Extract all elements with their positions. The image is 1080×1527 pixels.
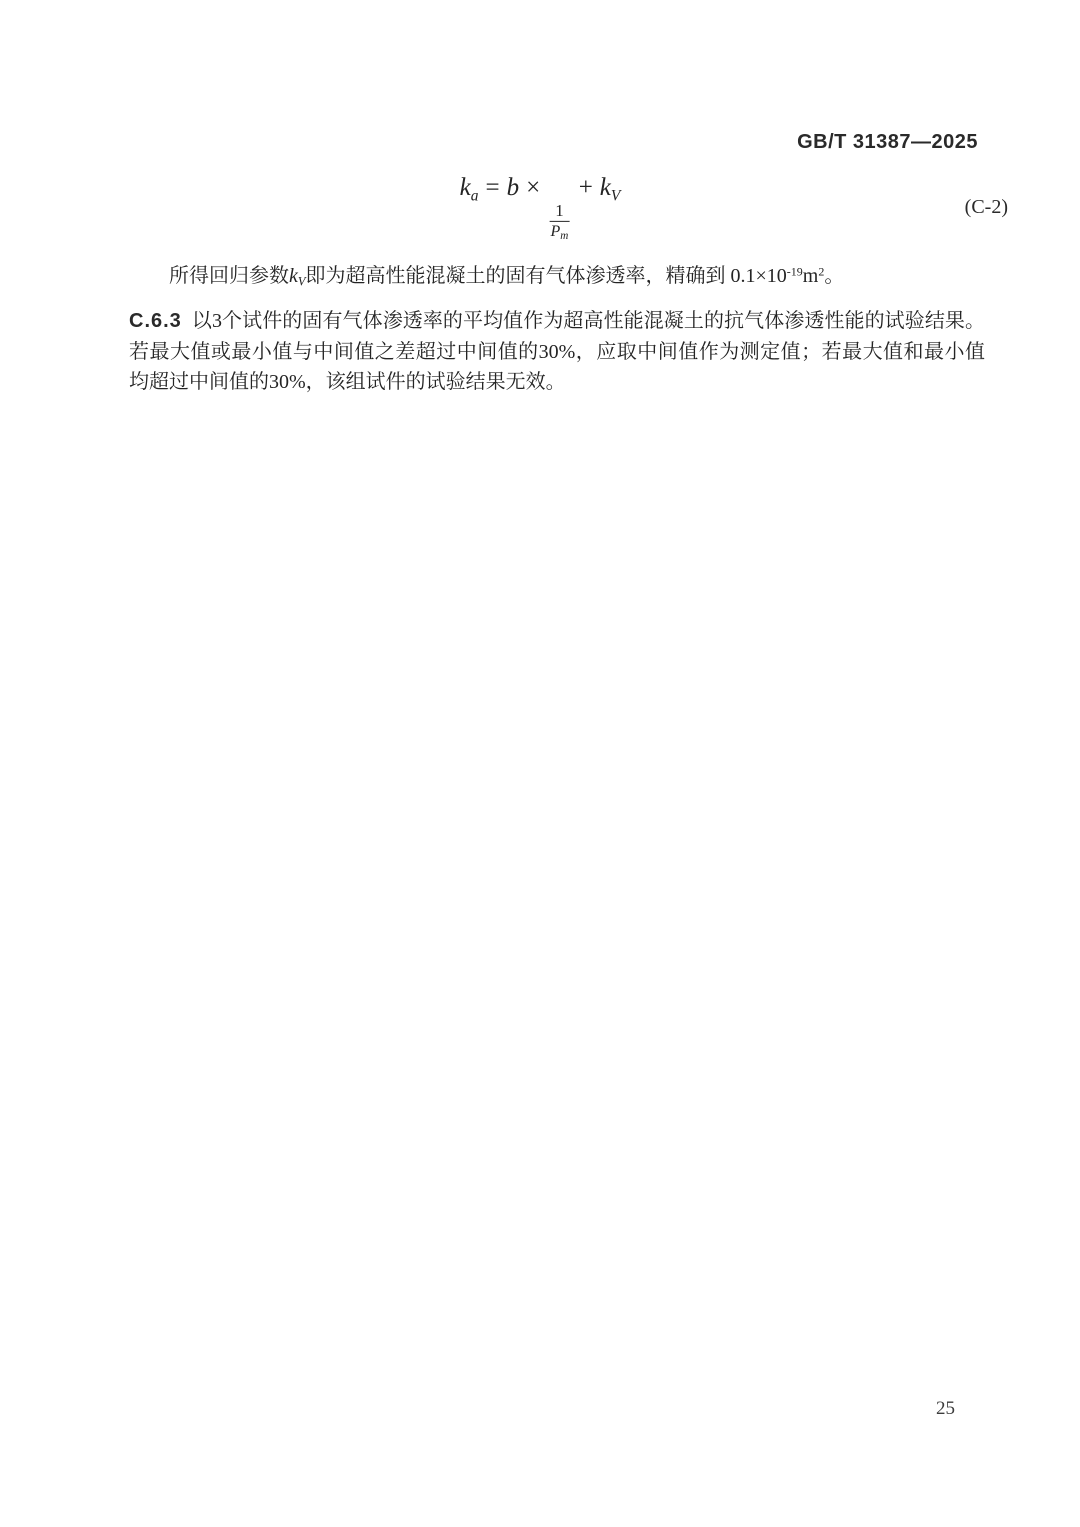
paragraph-kv-prefix: 所得回归参数 (169, 265, 289, 287)
section-c63-body: 以3个试件的固有气体渗透率的平均值作为超高性能混凝土的抗气体渗透性能的试验结果。… (129, 310, 985, 393)
clause-number-c63: C.6.3 (129, 310, 182, 332)
formula-b: b (507, 174, 520, 201)
fraction-numerator: 1 (549, 202, 570, 222)
formula-k-subscript: a (471, 187, 479, 204)
paragraph-kv-suffix: 。 (824, 265, 844, 287)
paragraph-kv-unit-base: m (803, 265, 819, 287)
equation-number-label: (C-2) (965, 196, 1008, 219)
fraction-denominator: Pm (551, 222, 569, 240)
formula-row: ka=b×1Pm+kV (C-2) (0, 176, 1080, 238)
formula-fraction: 1Pm (549, 202, 570, 240)
document-page: GB/T 31387—2025 ka=b×1Pm+kV (C-2) 所得回归参数… (0, 0, 1080, 1527)
formula-kv-subscript: V (611, 187, 620, 204)
plus-sign: + (572, 174, 600, 201)
section-c63-paragraph: C.6.3以3个试件的固有气体渗透率的平均值作为超高性能混凝土的抗气体渗透性能的… (129, 306, 985, 398)
paragraph-kv-k-base: k (289, 265, 298, 287)
equals-sign: = (478, 174, 506, 201)
page-number: 25 (936, 1398, 955, 1420)
formula-kv-base: k (600, 174, 611, 201)
formula-c2: ka=b×1Pm+kV (460, 174, 621, 240)
denominator-subscript: m (560, 230, 568, 242)
paragraph-kv-definition: 所得回归参数kV即为超高性能混凝土的固有气体渗透率，精确到 0.1×10-19m… (129, 261, 989, 291)
denominator-base: P (551, 223, 561, 240)
paragraph-kv-middle: 即为超高性能混凝土的固有气体渗透率，精确到 0.1×10 (305, 265, 786, 287)
formula-k-base: k (460, 174, 471, 201)
paragraph-kv-exponent: -19 (787, 264, 803, 278)
multiplication-sign: × (519, 174, 547, 201)
standard-code-header: GB/T 31387—2025 (797, 131, 978, 154)
